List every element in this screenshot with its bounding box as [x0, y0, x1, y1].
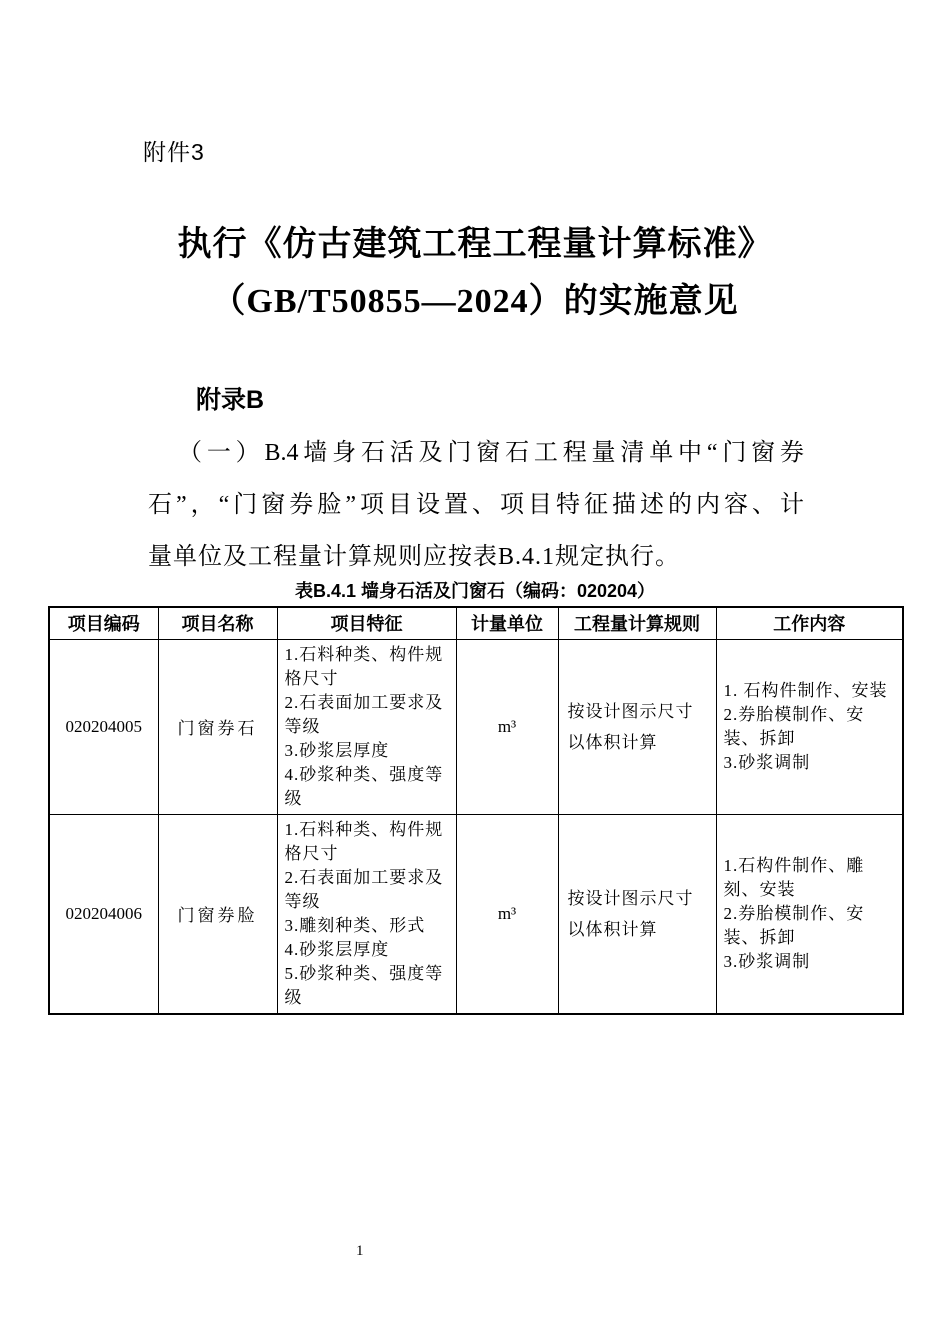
document-page: 附件3 执行《仿古建筑工程工程量计算标准》 （GB/T50855—2024）的实… — [0, 0, 950, 1344]
cell-features: 1.石料种类、构件规格尺寸 2.石表面加工要求及等级 3.砂浆层厚度 4.砂浆种… — [277, 639, 456, 814]
appendix-heading: 附录B — [196, 380, 264, 416]
cell-name: 门窗券石 — [158, 639, 277, 814]
header-project-name: 项目名称 — [158, 607, 277, 639]
header-project-features: 项目特征 — [277, 607, 456, 639]
paragraph-line-1: （一）B.4墙身石活及门窗石工程量清单中“门窗券 — [148, 427, 804, 479]
body-paragraph: （一）B.4墙身石活及门窗石工程量清单中“门窗券 石”，“门窗券脸”项目设置、项… — [148, 427, 804, 583]
table-header-row: 项目编码 项目名称 项目特征 计量单位 工程量计算规则 工作内容 — [49, 607, 903, 639]
table-caption: 表B.4.1 墙身石活及门窗石（编码：020204） — [48, 577, 902, 603]
header-project-code: 项目编码 — [49, 607, 158, 639]
table-row: 020204006 门窗券脸 1.石料种类、构件规格尺寸 2.石表面加工要求及等… — [49, 814, 903, 1014]
attachment-label: 附件3 — [143, 134, 205, 167]
cell-rule: 按设计图示尺寸以体积计算 — [558, 639, 716, 814]
document-title-line1: 执行《仿古建筑工程工程量计算标准》 — [0, 216, 950, 273]
page-number: 1 — [356, 1243, 364, 1260]
spec-table: 项目编码 项目名称 项目特征 计量单位 工程量计算规则 工作内容 0202040… — [48, 606, 904, 1015]
cell-unit: m³ — [456, 639, 558, 814]
cell-features: 1.石料种类、构件规格尺寸 2.石表面加工要求及等级 3.雕刻种类、形式 4.砂… — [277, 814, 456, 1014]
paragraph-line-2: 石”，“门窗券脸”项目设置、项目特征描述的内容、计 — [148, 479, 804, 531]
cell-work: 1.石构件制作、雕刻、安装 2.券胎模制作、安装、拆卸 3.砂浆调制 — [716, 814, 903, 1014]
cell-rule: 按设计图示尺寸以体积计算 — [558, 814, 716, 1014]
header-calc-rule: 工程量计算规则 — [558, 607, 716, 639]
paragraph-line-3: 量单位及工程量计算规则应按表B.4.1规定执行。 — [148, 531, 804, 583]
cell-work: 1. 石构件制作、安装 2.券胎模制作、安装、拆卸 3.砂浆调制 — [716, 639, 903, 814]
header-measure-unit: 计量单位 — [456, 607, 558, 639]
table-row: 020204005 门窗券石 1.石料种类、构件规格尺寸 2.石表面加工要求及等… — [49, 639, 903, 814]
header-work-content: 工作内容 — [716, 607, 903, 639]
cell-unit: m³ — [456, 814, 558, 1014]
document-title: 执行《仿古建筑工程工程量计算标准》 （GB/T50855—2024）的实施意见 — [0, 216, 950, 330]
document-title-line2: （GB/T50855—2024）的实施意见 — [0, 273, 950, 330]
cell-code: 020204006 — [49, 814, 158, 1014]
cell-name: 门窗券脸 — [158, 814, 277, 1014]
cell-code: 020204005 — [49, 639, 158, 814]
